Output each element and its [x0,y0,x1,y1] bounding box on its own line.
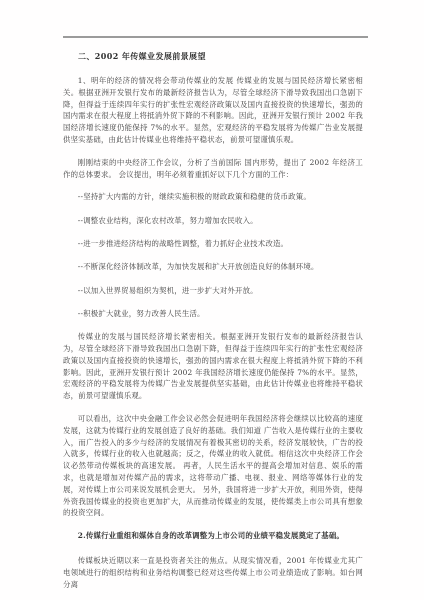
bullet-system-reform: --不断深化经济体制改革，为加快发展和扩大开放创造良好的体制环境。 [63,261,363,273]
paragraph-economy-outlook: 1、明年的经济的情况将会带动传媒业的发展 传媒业的发展与国民经济增长紧密相关。根… [63,75,363,146]
header-rule [63,36,368,38]
paragraph-media-growth-link: 传媒业的发展与国民经济增长紧密相关。根据亚洲开发银行发布的最新经济报告认为，尽管… [63,331,363,402]
paragraph-central-conference: 刚刚结束的中央经济工作会议，分析了当前国际 国内形势，提出了 2002 年经济工… [63,157,363,181]
bullet-structural-adjustment: --进一步推进经济结构的战略性调整，着力抓好企业技术改造。 [63,238,363,250]
section-title: 二、2002 年传媒业发展前景展望 [63,51,363,62]
subsection-heading-restructuring: 2.传媒行业重组和媒体自身的改革调整为上市公司的业绩平稳发展奠定了基础。 [63,530,363,542]
bullet-employment: --积极扩大就业，努力改善人民生活。 [63,308,363,320]
document-page: 二、2002 年传媒业发展前景展望 1、明年的经济的情况将会带动传媒业的发展 传… [0,0,424,600]
bullet-domestic-demand: --坚持扩大内需的方针，继续实施积极的财政政策和稳健的货币政策。 [63,191,363,203]
paragraph-media-sector-focus: 传媒板块近期以来一直是投资者关注的焦点。从现实情况看，2001 年传媒业尤其广电… [63,555,363,590]
document-content: 二、2002 年传媒业发展前景展望 1、明年的经济的情况将会带动传媒业的发展 传… [63,47,363,600]
paragraph-advertising-revenue: 可以看出，这次中央金融工作会议必然会促进明年我国经济将会继续以比较高的速度发展，… [63,413,363,519]
bullet-agriculture: --调整农业结构，深化农村改革，努力增加农民收入。 [63,215,363,227]
bullet-wto-opening: --以加入世界贸易组织为契机，进一步扩大对外开放。 [63,285,363,297]
